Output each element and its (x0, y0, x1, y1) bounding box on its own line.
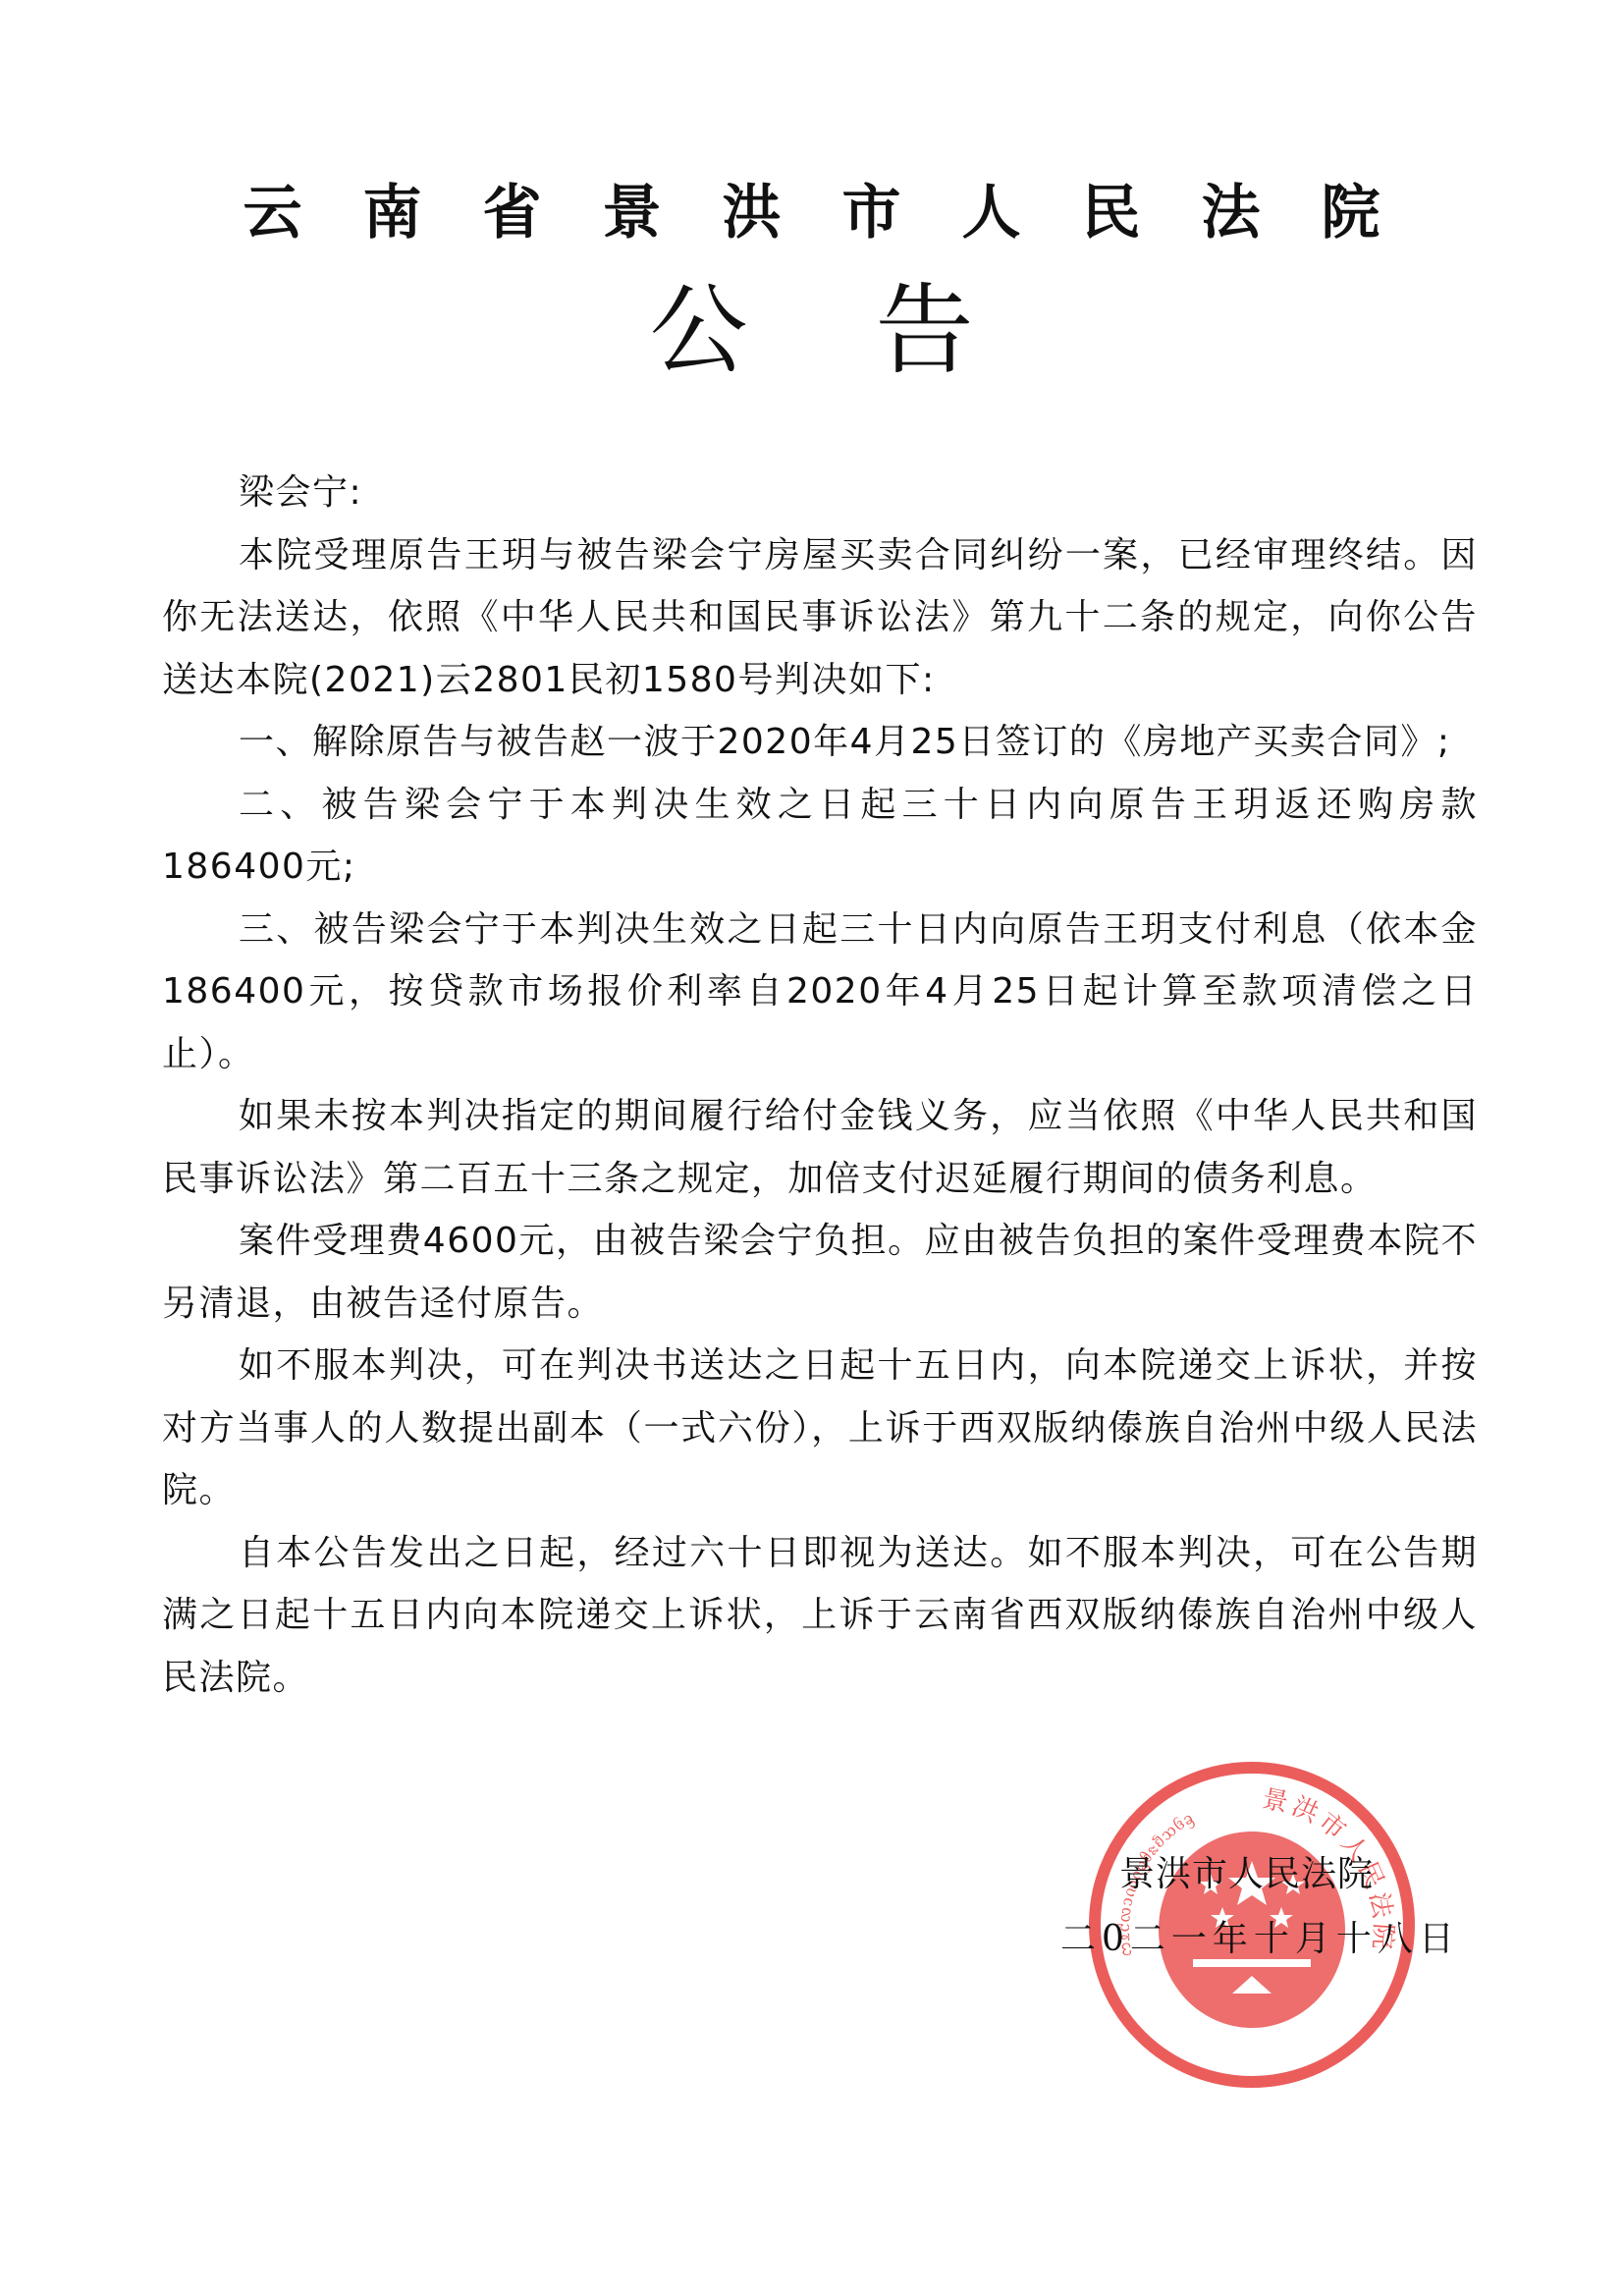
announcement-body: 梁会宁: 本院受理原告王玥与被告梁会宁房屋买卖合同纠纷一案，已经审理终结。因你无… (162, 462, 1478, 1709)
paragraph-case-fee: 案件受理费4600元，由被告梁会宁负担。应由被告负担的案件受理费本院不另清退，由… (162, 1210, 1478, 1335)
addressee: 梁会宁: (162, 462, 1478, 524)
paragraph-judgment-item-3: 三、被告梁会宁于本判决生效之日起三十日内向原告王玥支付利息（依本金186400元… (162, 899, 1478, 1086)
court-title: 云南省景洪市人民法院 (0, 179, 1623, 247)
paragraph-judgment-item-2: 二、被告梁会宁于本判决生效之日起三十日内向原告王玥返还购房款186400元; (162, 774, 1478, 899)
paragraph-case-intro: 本院受理原告王玥与被告梁会宁房屋买卖合同纠纷一案，已经审理终结。因你无法送达，依… (162, 524, 1478, 712)
paragraph-judgment-item-1: 一、解除原告与被告赵一波于2020年4月25日签订的《房地产买卖合同》; (162, 711, 1478, 774)
signature-date: 二0二一年十月十八日 (1060, 1911, 1460, 1961)
paragraph-service-notice: 自本公告发出之日起，经过六十日即视为送达。如不服本判决，可在公告期满之日起十五日… (162, 1522, 1478, 1710)
paragraph-late-payment: 如果未按本判决指定的期间履行给付金钱义务，应当依照《中华人民共和国民事诉讼法》第… (162, 1085, 1478, 1210)
signature-court-name: 景洪市人民法院 (1119, 1846, 1374, 1896)
paragraph-appeal-rights: 如不服本判决，可在判决书送达之日起十五日内，向本院递交上诉状，并按对方当事人的人… (162, 1335, 1478, 1522)
document-type-heading: 公告 (0, 277, 1623, 385)
